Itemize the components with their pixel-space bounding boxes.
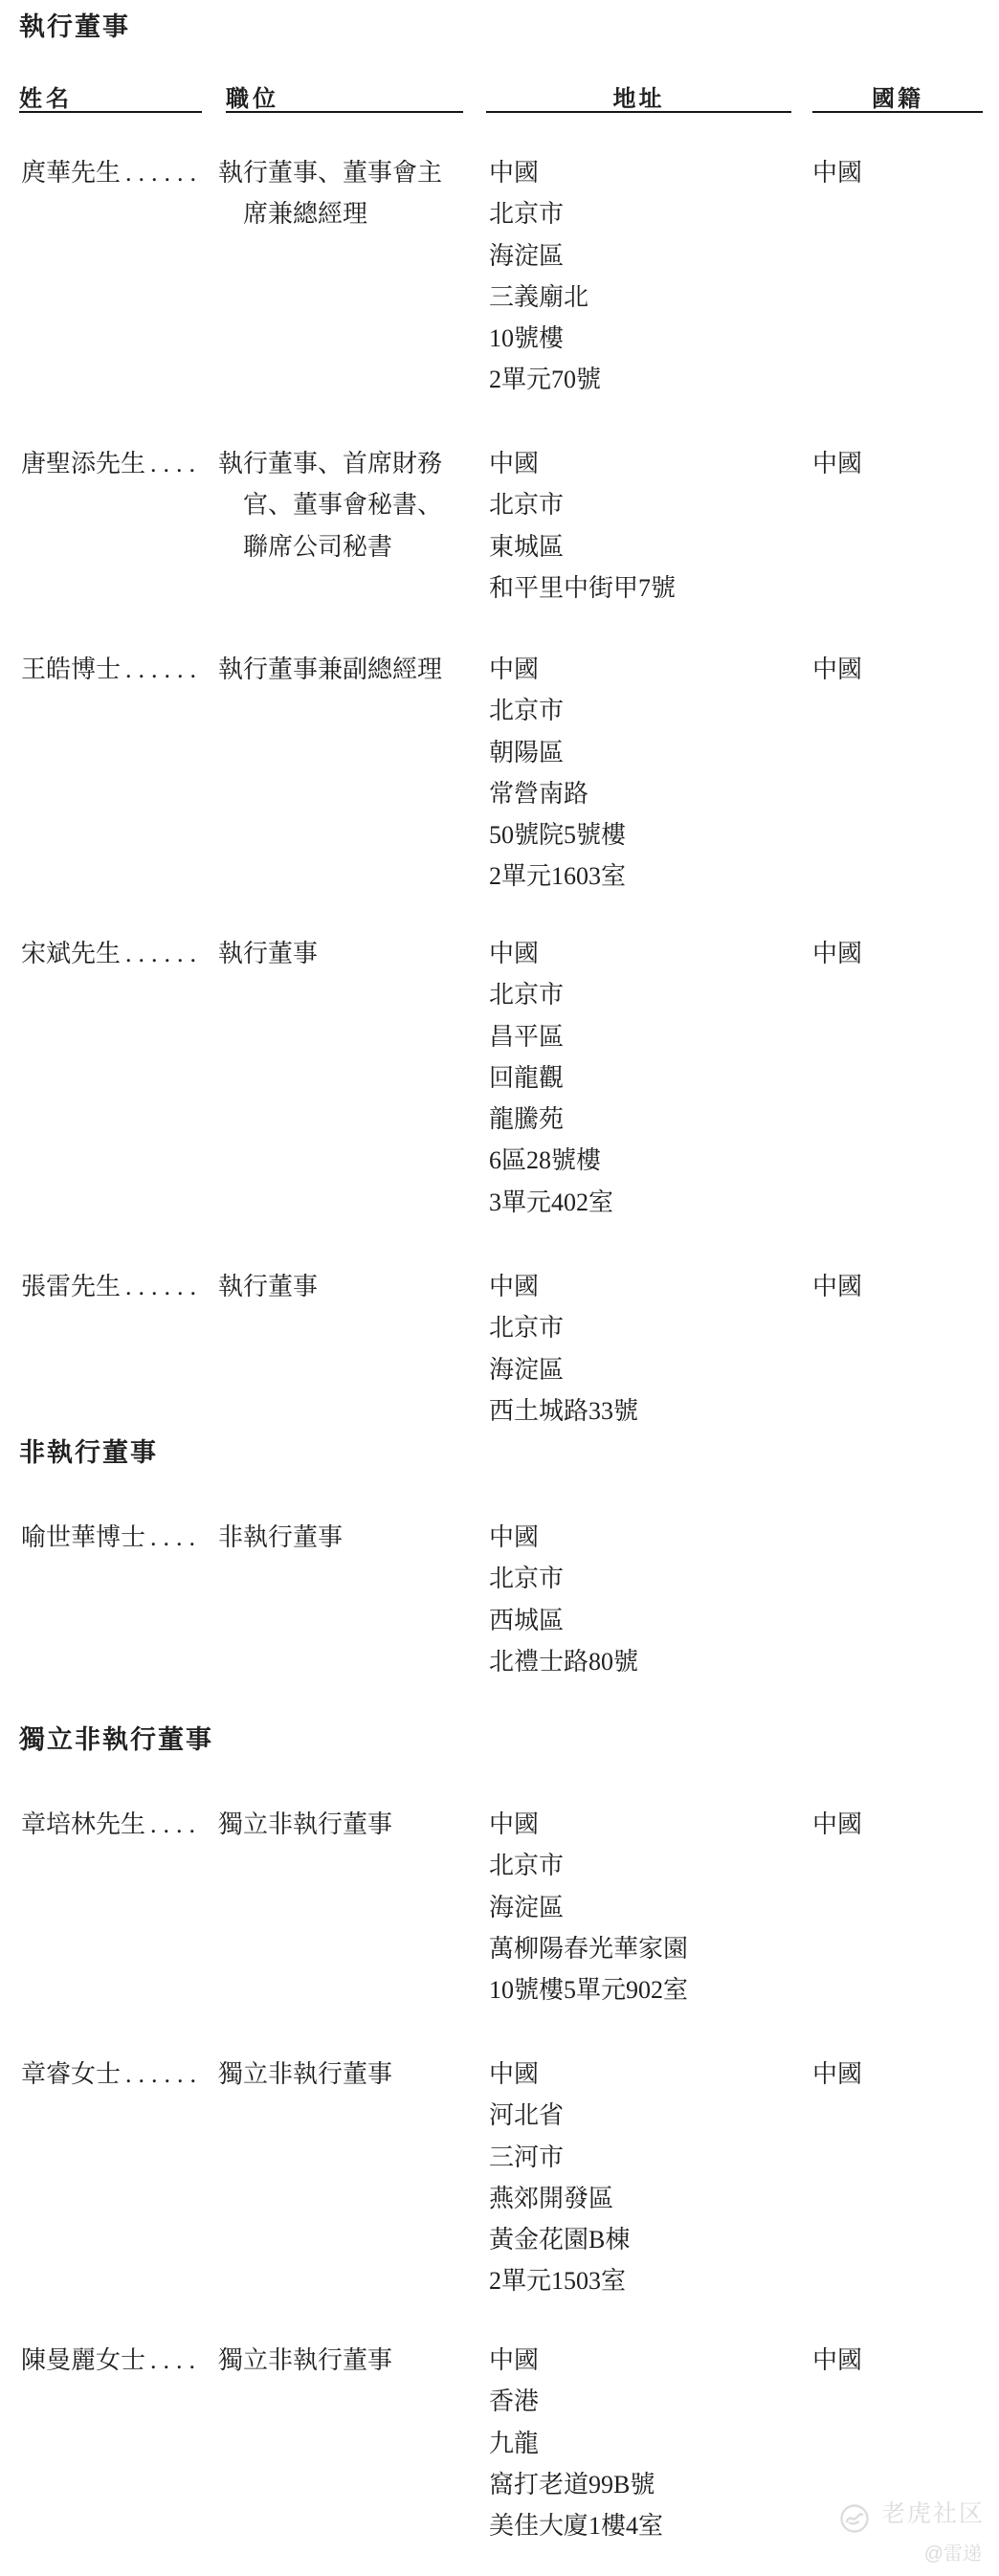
dot-leader: .... [150, 2346, 202, 2374]
address-line: 50號院5號樓 [489, 814, 626, 855]
director-position-cell: 執行董事 [218, 933, 318, 974]
address-line: 西土城路33號 [489, 1390, 638, 1432]
dot-leader: ...... [125, 159, 203, 187]
address-line: 10號樓5單元902室 [489, 1969, 688, 2010]
directors-document-page: 姓名 職位 地址 國籍 執行董事庹華先生......執行董事、董事會主席兼總經理… [0, 0, 999, 2576]
director-position-cell: 執行董事 [218, 1266, 318, 1307]
director-name-cell: 章睿女士...... [21, 2054, 203, 2095]
position-line: 執行董事 [218, 1266, 318, 1307]
watermark-handle-text: @雷递 [924, 2541, 982, 2567]
section-title: 非執行董事 [19, 1432, 158, 1474]
director-name-cell: 庹華先生...... [21, 152, 203, 193]
position-line: 獨立非執行董事 [218, 2340, 392, 2381]
address-line: 海淀區 [489, 235, 601, 277]
director-address-cell: 中國北京市東城區和平里中街甲7號 [489, 443, 676, 609]
dot-leader: ...... [125, 2060, 203, 2088]
address-line: 中國 [489, 1517, 638, 1558]
director-position-cell: 執行董事兼副總經理 [218, 649, 442, 690]
dot-leader: ...... [125, 1273, 203, 1300]
director-name-cell: 陳曼麗女士.... [21, 2340, 202, 2381]
director-nationality-cell: 中國 [812, 649, 862, 690]
director-name: 喻世華博士 [21, 1523, 145, 1551]
director-address-cell: 中國北京市西城區北禮士路80號 [489, 1517, 638, 1682]
director-address-cell: 中國北京市海淀區西土城路33號 [489, 1266, 638, 1432]
address-line: 北京市 [489, 1845, 688, 1886]
header-name: 姓名 [19, 78, 73, 120]
dot-leader: .... [150, 450, 202, 477]
address-line: 朝陽區 [489, 732, 626, 773]
position-line: 執行董事 [218, 933, 318, 974]
header-position: 職位 [226, 78, 279, 120]
address-line: 3單元402室 [489, 1182, 613, 1223]
address-line: 中國 [489, 2340, 663, 2381]
position-line: 席兼總經理 [218, 193, 442, 234]
position-line: 獨立非執行董事 [218, 2054, 392, 2095]
tiger-logo-icon [839, 2503, 870, 2534]
watermark-brand-text: 老虎社区 [881, 2497, 985, 2531]
director-address-cell: 中國河北省三河市燕郊開發區黃金花園B棟2單元1503室 [489, 2054, 630, 2302]
director-position-cell: 執行董事、董事會主席兼總經理 [218, 152, 442, 235]
director-position-cell: 執行董事、首席財務官、董事會秘書、聯席公司秘書 [218, 443, 442, 567]
dot-leader: ...... [125, 655, 203, 683]
director-nationality-cell: 中國 [812, 1804, 862, 1845]
director-name-cell: 唐聖添先生.... [21, 443, 202, 484]
director-name: 唐聖添先生 [21, 450, 145, 477]
address-line: 海淀區 [489, 1887, 688, 1928]
director-position-cell: 獨立非執行董事 [218, 1804, 392, 1845]
address-line: 和平里中街甲7號 [489, 567, 676, 609]
director-address-cell: 中國北京市朝陽區常營南路50號院5號樓2單元1603室 [489, 649, 626, 898]
address-line: 中國 [489, 1266, 638, 1307]
address-line: 東城區 [489, 526, 676, 567]
address-line: 三河市 [489, 2137, 630, 2178]
address-line: 海淀區 [489, 1349, 638, 1390]
address-line: 中國 [489, 443, 676, 484]
director-name-cell: 王皓博士...... [21, 649, 203, 690]
address-line: 香港 [489, 2381, 663, 2422]
address-line: 美佳大廈1樓4室 [489, 2505, 663, 2546]
address-line: 龍騰苑 [489, 1099, 613, 1140]
address-line: 北禮士路80號 [489, 1641, 638, 1682]
director-name-cell: 宋斌先生...... [21, 933, 203, 974]
address-line: 昌平區 [489, 1016, 613, 1057]
header-address: 地址 [486, 78, 791, 120]
director-name: 庹華先生 [21, 159, 121, 187]
address-line: 窩打老道99B號 [489, 2464, 663, 2505]
director-address-cell: 中國香港九龍窩打老道99B號美佳大廈1樓4室 [489, 2340, 663, 2546]
address-line: 河北省 [489, 2095, 630, 2136]
address-line: 燕郊開發區 [489, 2178, 630, 2219]
address-line: 萬柳陽春光華家園 [489, 1928, 688, 1969]
director-address-cell: 中國北京市海淀區萬柳陽春光華家園10號樓5單元902室 [489, 1804, 688, 2010]
director-position-cell: 獨立非執行董事 [218, 2340, 392, 2381]
address-line: 黃金花園B棟 [489, 2219, 630, 2260]
director-name: 王皓博士 [21, 655, 121, 683]
address-line: 2單元1503室 [489, 2260, 630, 2301]
dot-leader: .... [150, 1810, 202, 1838]
header-rule-address [486, 111, 791, 113]
director-nationality-cell: 中國 [812, 1266, 862, 1307]
address-line: 西城區 [489, 1600, 638, 1641]
director-position-cell: 非執行董事 [218, 1517, 343, 1558]
director-name-cell: 喻世華博士.... [21, 1517, 202, 1558]
position-line: 聯席公司秘書 [218, 526, 442, 567]
header-rule-nationality [812, 111, 983, 113]
header-rule-name [19, 111, 202, 113]
director-name: 章培林先生 [21, 1810, 145, 1838]
address-line: 中國 [489, 1804, 688, 1845]
address-line: 2單元70號 [489, 359, 601, 400]
address-line: 中國 [489, 152, 601, 193]
director-name-cell: 章培林先生.... [21, 1804, 202, 1845]
director-name: 張雷先生 [21, 1273, 121, 1300]
address-line: 三義廟北 [489, 277, 601, 318]
address-line: 中國 [489, 933, 613, 974]
address-line: 九龍 [489, 2423, 663, 2464]
director-address-cell: 中國北京市海淀區三義廟北10號樓2單元70號 [489, 152, 601, 401]
section-title: 獨立非執行董事 [19, 1720, 213, 1761]
address-line: 北京市 [489, 1307, 638, 1348]
address-line: 常營南路 [489, 773, 626, 814]
address-line: 北京市 [489, 484, 676, 525]
address-line: 中國 [489, 2054, 630, 2095]
director-nationality-cell: 中國 [812, 2054, 862, 2095]
position-line: 官、董事會秘書、 [218, 484, 442, 525]
position-line: 執行董事兼副總經理 [218, 649, 442, 690]
director-nationality-cell: 中國 [812, 152, 862, 193]
director-nationality-cell: 中國 [812, 443, 862, 484]
position-line: 執行董事、董事會主 [218, 152, 442, 193]
director-name-cell: 張雷先生...... [21, 1266, 203, 1307]
address-line: 10號樓 [489, 318, 601, 359]
address-line: 北京市 [489, 193, 601, 234]
position-line: 非執行董事 [218, 1517, 343, 1558]
position-line: 獨立非執行董事 [218, 1804, 392, 1845]
address-line: 回龍觀 [489, 1057, 613, 1099]
header-rule-position [226, 111, 463, 113]
director-nationality-cell: 中國 [812, 2340, 862, 2381]
address-line: 2單元1603室 [489, 855, 626, 897]
director-nationality-cell: 中國 [812, 933, 862, 974]
address-line: 北京市 [489, 974, 613, 1015]
director-name: 宋斌先生 [21, 940, 121, 967]
dot-leader: .... [150, 1523, 202, 1551]
director-name: 章睿女士 [21, 2060, 121, 2088]
director-position-cell: 獨立非執行董事 [218, 2054, 392, 2095]
position-line: 執行董事、首席財務 [218, 443, 442, 484]
address-line: 北京市 [489, 1558, 638, 1599]
header-nationality: 國籍 [812, 78, 983, 120]
dot-leader: ...... [125, 940, 203, 967]
address-line: 北京市 [489, 690, 626, 731]
director-name: 陳曼麗女士 [21, 2346, 145, 2374]
section-title: 執行董事 [19, 7, 130, 48]
address-line: 中國 [489, 649, 626, 690]
address-line: 6區28號樓 [489, 1140, 613, 1181]
director-address-cell: 中國北京市昌平區回龍觀龍騰苑6區28號樓3單元402室 [489, 933, 613, 1223]
